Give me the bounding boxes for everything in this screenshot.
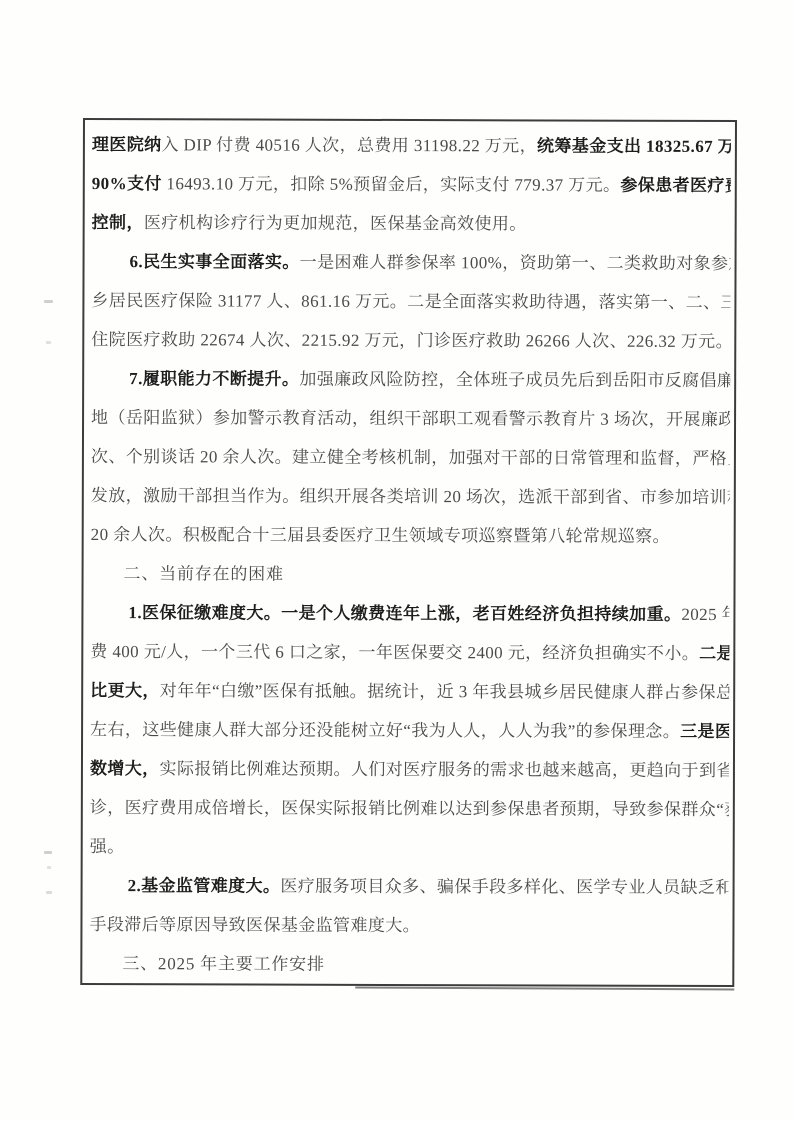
text-line: 左右，这些健康人群大部分还没能树立好“我为人人，人人为我”的参保理念。三是医疗费… xyxy=(90,710,729,751)
scan-artifact xyxy=(44,851,52,854)
text-run: 2025 年医保个人缴 xyxy=(681,605,729,624)
scan-artifact xyxy=(44,300,53,303)
table-cell-frame: 理医院纳入 DIP 付费 40516 人次，总费用 31198.22 万元，统筹… xyxy=(80,118,737,987)
text-line: 6.民生实事全面落实。一是困难人群参保率 100%，资助第一、二类救助对象参加 … xyxy=(91,242,730,283)
bold-text-run: 参保患者医疗费用增长有效 xyxy=(620,176,730,196)
bold-text-run: 比更大， xyxy=(90,681,160,700)
paragraph: 2.基金监管难度大。医疗服务项目众多、骗保手段多样化、医学专业人员缺乏和信息化监… xyxy=(89,866,728,946)
text-line: 乡居民医疗保险 31177 人、861.16 万元。二是全面落实救助待遇，落实第… xyxy=(91,281,730,322)
text-line: 费 400 元/人，一个三代 6 口之家，一年医保要交 2400 元，经济负担确… xyxy=(90,632,729,673)
text-line: 次、个别谈话 20 余人次。建立健全考核机制，加强对干部的日常管理和监督，严格兑… xyxy=(91,437,730,478)
text-run: 医疗机构诊疗行为更加规范，医保基金高效使用。 xyxy=(144,213,527,233)
text-line: 手段滞后等原因导致医保基金监管难度大。 xyxy=(89,905,728,946)
text-line: 地（岳阳监狱）参加警示教育活动，组织干部职工观看警示教育片 3 场次，开展廉政集… xyxy=(91,398,730,439)
text-line: 比更大，对年年“白缴”医保有抵触。据统计，近 3 年我县城乡居民健康人群占参保总… xyxy=(90,671,729,712)
text-run: 一是困难人群参保率 100%，资助第一、二类救助对象参加 2024 年城 xyxy=(300,253,731,274)
bold-text-run: 统筹基金支出 18325.67 万元，按政策 xyxy=(537,136,731,156)
text-line: 二、当前存在的困难 xyxy=(91,554,730,595)
bold-text-run: 7.履职能力不断提升。 xyxy=(129,369,299,389)
text-line: 理医院纳入 DIP 付费 40516 人次，总费用 31198.22 万元，统筹… xyxy=(92,125,731,166)
paragraph: 7.履职能力不断提升。加强廉政风险防控，全体班子成员先后到岳阳市反腐倡廉警示教育… xyxy=(91,359,731,556)
text-run: 三、2025 年主要工作安排 xyxy=(122,954,325,974)
text-run: 发放，激励干部担当作为。组织开展各类培训 20 场次，选派干部到省、市参加培训和… xyxy=(91,486,730,507)
text-line: 数增大，实际报销比例难达预期。人们对医疗服务的需求也越来越高，更趋向于到省部级医… xyxy=(90,749,729,790)
text-line: 90%支付 16493.10 万元，扣除 5%预留金后，实际支付 779.37 … xyxy=(92,164,731,205)
bold-text-run: 90%支付 xyxy=(92,174,162,193)
text-run: 二、当前存在的困难 xyxy=(124,564,284,584)
paragraph: 6.民生实事全面落实。一是困难人群参保率 100%，资助第一、二类救助对象参加 … xyxy=(91,242,730,361)
bold-text-run: 1.医保征缴难度大。 xyxy=(128,603,281,622)
text-run: 住院医疗救助 22674 人次、2215.92 万元，门诊医疗救助 26266 … xyxy=(91,330,730,351)
scanned-page: 理医院纳入 DIP 付费 40516 人次，总费用 31198.22 万元，统筹… xyxy=(0,0,793,1121)
paragraph: 理医院纳入 DIP 付费 40516 人次，总费用 31198.22 万元，统筹… xyxy=(92,125,731,244)
paragraph: 1.医保征缴难度大。一是个人缴费连年上涨，老百姓经济负担持续加重。2025 年医… xyxy=(90,593,730,868)
document-body: 理医院纳入 DIP 付费 40516 人次，总费用 31198.22 万元，统筹… xyxy=(89,125,731,985)
text-line: 诊，医疗费用成倍增长，医保实际报销比例难以达到参保患者预期，导致参保群众“获得感… xyxy=(90,788,729,829)
text-run: 次、个别谈话 20 余人次。建立健全考核机制，加强对干部的日常管理和监督，严格兑… xyxy=(91,447,730,468)
text-line: 7.履职能力不断提升。加强廉政风险防控，全体班子成员先后到岳阳市反腐倡廉警示教育… xyxy=(91,359,730,400)
text-run: 医疗服务项目众多、骗保手段多样化、医学专业人员缺乏和信息化监控 xyxy=(280,877,728,898)
text-run: 20 余人次。积极配合十三届县委医疗卫生领域专项巡察暨第八轮常规巡察。 xyxy=(91,525,670,546)
text-line: 20 余人次。积极配合十三届县委医疗卫生领域专项巡察暨第八轮常规巡察。 xyxy=(91,515,730,556)
text-line: 发放，激励干部担当作为。组织开展各类培训 20 场次，选派干部到省、市参加培训和… xyxy=(91,476,730,517)
text-run: 入 DIP 付费 40516 人次，总费用 31198.22 万元， xyxy=(161,135,537,155)
scan-artifact xyxy=(46,891,52,894)
text-line: 控制，医疗机构诊疗行为更加规范，医保基金高效使用。 xyxy=(92,203,731,244)
text-run: 对年年“白缴”医保有抵触。据统计，近 3 年我县城乡居民健康人群占参保总人数 8… xyxy=(160,681,729,702)
text-run: 左右，这些健康人群大部分还没能树立好“我为人人，人人为我”的参保理念。 xyxy=(90,720,680,741)
text-line: 强。 xyxy=(90,827,729,868)
text-run: 乡居民医疗保险 31177 人、861.16 万元。二是全面落实救助待遇，落实第… xyxy=(91,291,730,312)
text-run: 手段滞后等原因导致医保基金监管难度大。 xyxy=(89,915,420,935)
scan-artifact xyxy=(46,341,51,344)
section-heading: 二、当前存在的困难 xyxy=(91,554,730,595)
section-heading: 三、2025 年主要工作安排 xyxy=(89,944,728,985)
text-run: 16493.10 万元，扣除 5%预留金后，实际支付 779.37 万元。 xyxy=(162,174,621,194)
bold-text-run: 三是医疗费用基 xyxy=(680,722,729,741)
text-line: 1.医保征缴难度大。一是个人缴费连年上涨，老百姓经济负担持续加重。2025 年医… xyxy=(90,593,729,634)
text-run: 加强廉政风险防控，全体班子成员先后到岳阳市反腐倡廉警示教育基 xyxy=(299,370,730,391)
text-run: 实际报销比例难达预期。人们对医疗服务的需求也越来越高，更趋向于到省部级医院就 xyxy=(160,759,729,780)
bold-text-run: 数增大， xyxy=(90,759,160,778)
bold-text-run: 控制， xyxy=(92,213,144,232)
bold-text-run: 2.基金监管难度大。 xyxy=(128,876,281,895)
bold-text-run: 理医院纳 xyxy=(92,135,162,154)
text-run: 地（岳阳监狱）参加警示教育活动，组织干部职工观看警示教育片 3 场次，开展廉政集… xyxy=(91,408,730,429)
text-run: 诊，医疗费用成倍增长，医保实际报销比例难以达到参保患者预期，导致参保群众“获得感… xyxy=(90,798,729,819)
bold-text-run: 二是健康人群占 xyxy=(699,644,729,663)
text-line: 2.基金监管难度大。医疗服务项目众多、骗保手段多样化、医学专业人员缺乏和信息化监… xyxy=(90,866,729,907)
text-run: 费 400 元/人，一个三代 6 口之家，一年医保要交 2400 元，经济负担确… xyxy=(90,642,699,663)
bold-text-run: 6.民生实事全面落实。 xyxy=(130,252,300,272)
text-line: 三、2025 年主要工作安排 xyxy=(89,944,728,985)
text-line: 住院医疗救助 22674 人次、2215.92 万元，门诊医疗救助 26266 … xyxy=(91,320,730,361)
bold-text-run: 一是个人缴费连年上涨，老百姓经济负担持续加重。 xyxy=(281,604,681,624)
text-run: 强。 xyxy=(90,837,125,856)
scan-artifact xyxy=(47,866,51,869)
